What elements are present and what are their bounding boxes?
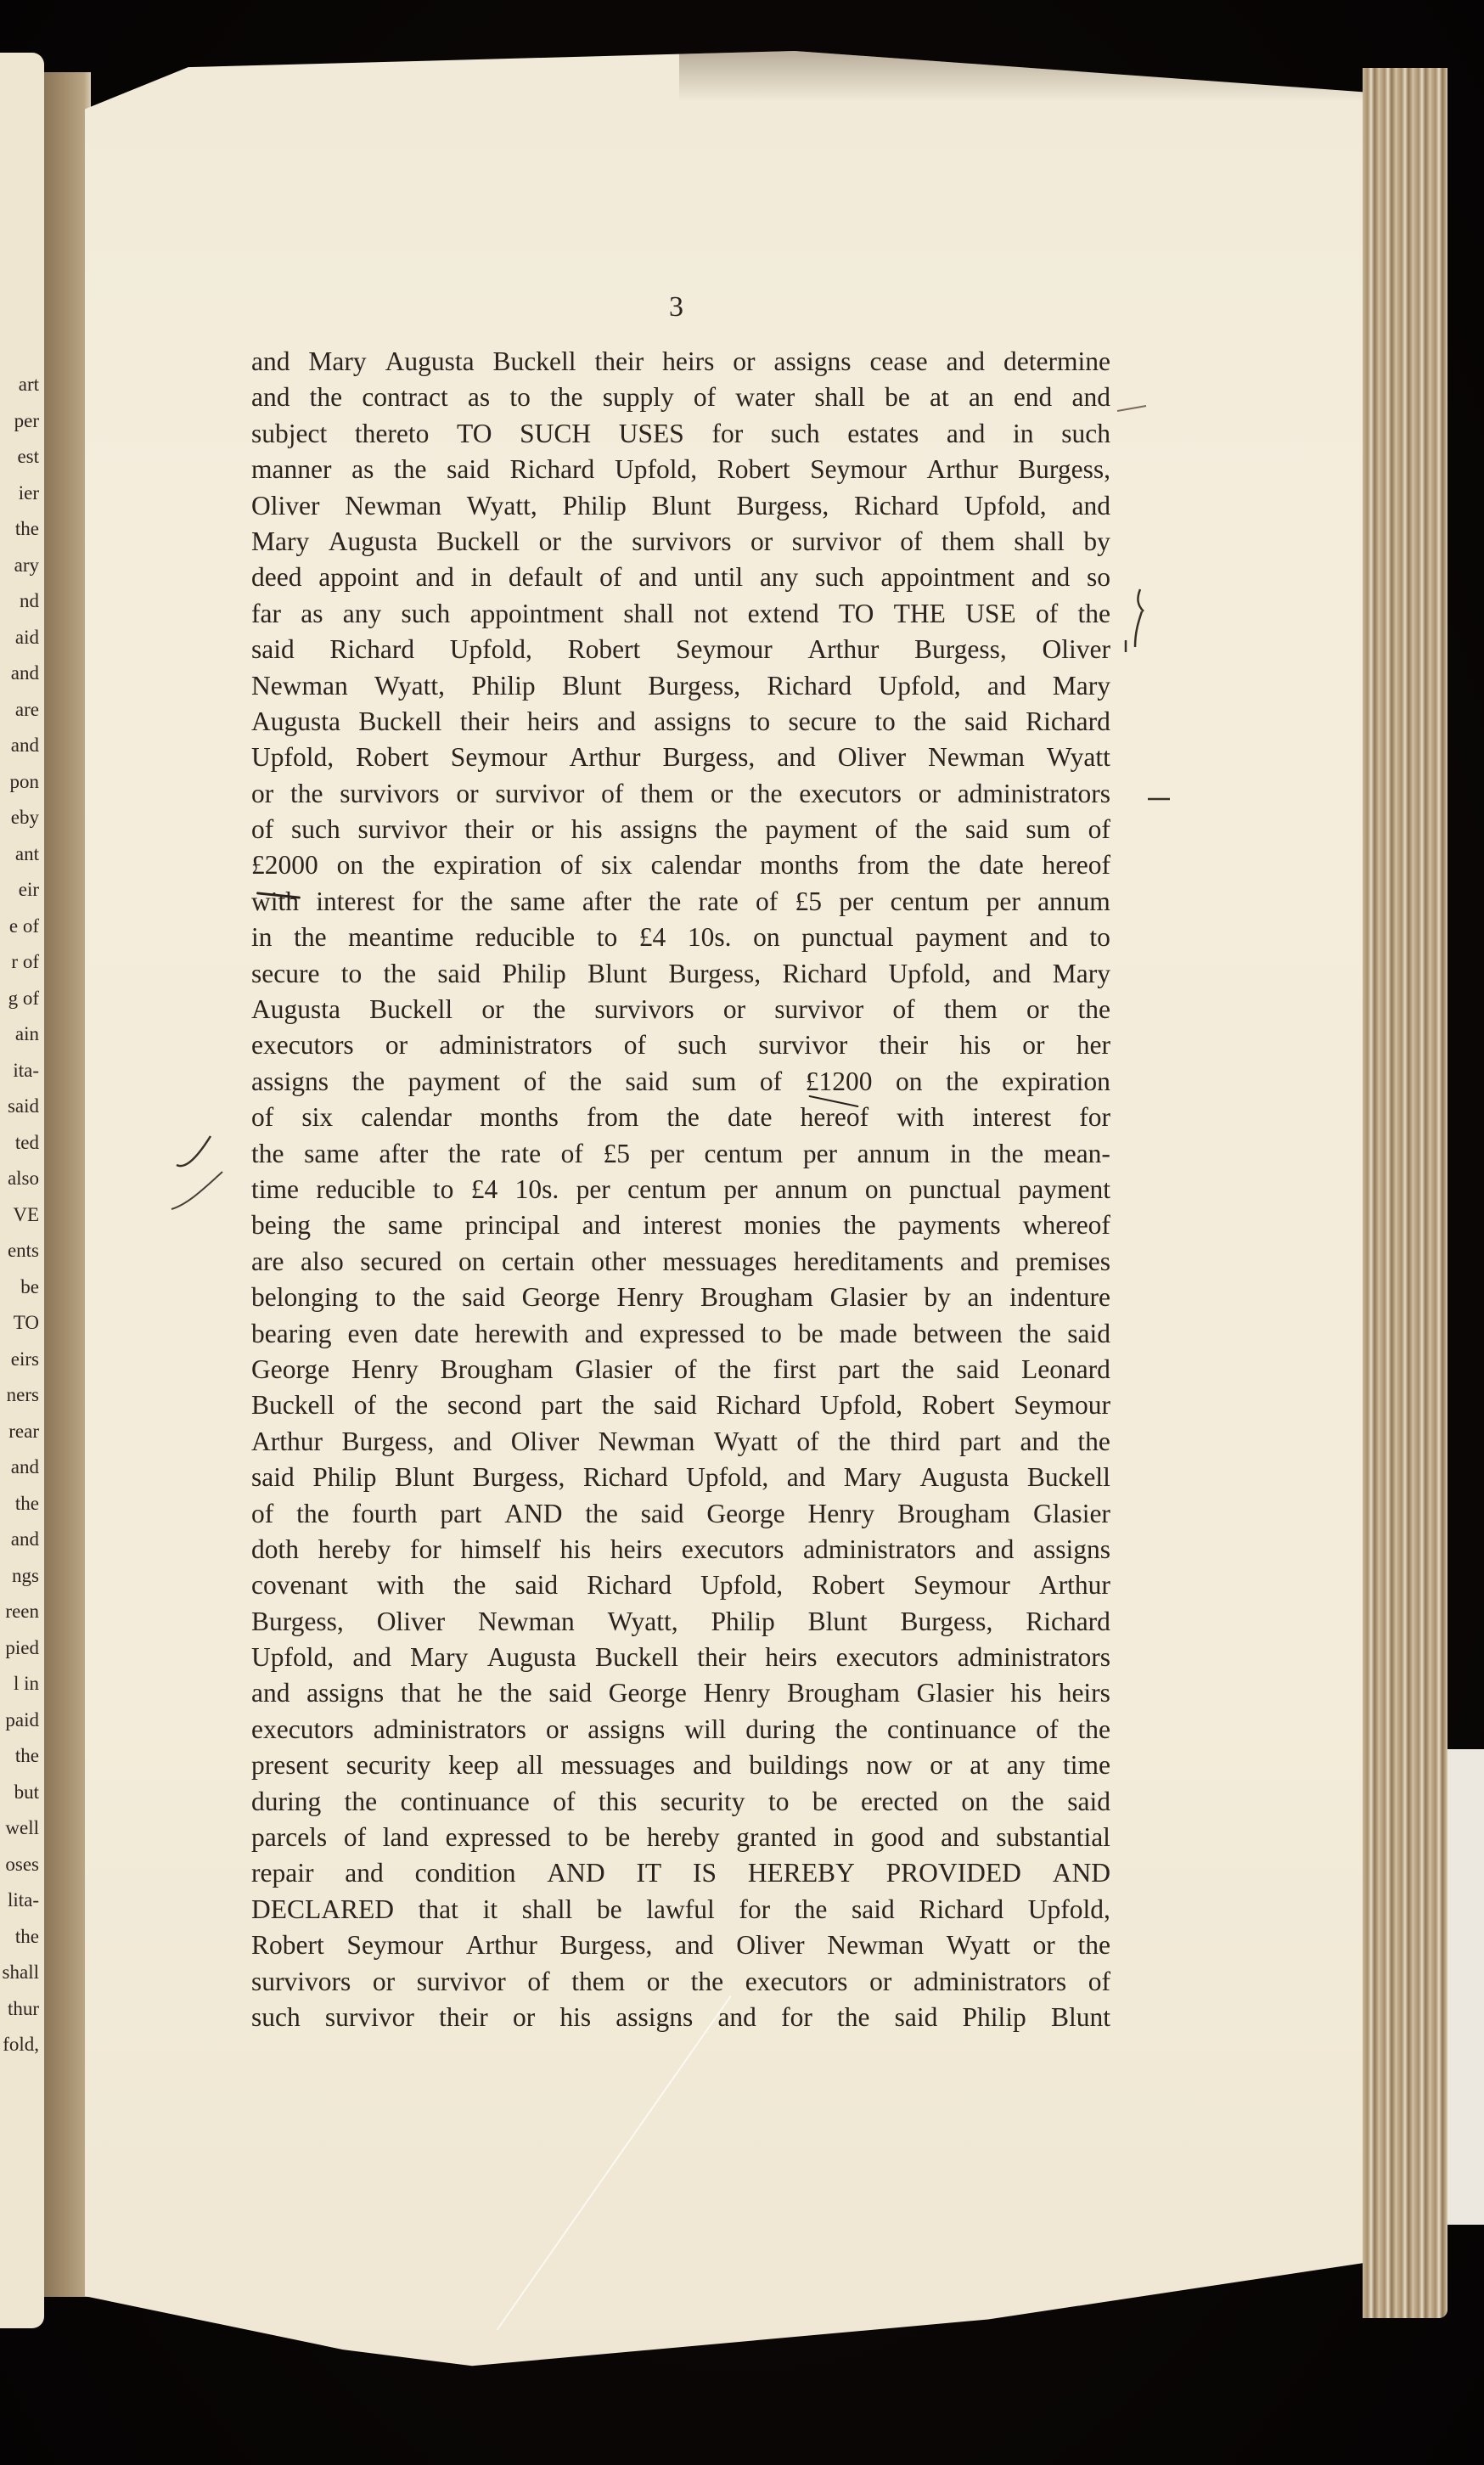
left-page-text-fragment: the [15,1919,39,1956]
check-mark-icon [170,1129,221,1172]
text-line: £2000ontheexpirationofsixcalendarmonthsf… [251,847,1110,883]
text-line: deedappointandindefaultofanduntilanysuch… [251,560,1110,595]
text-line-words: MaryAugustaBuckellorthesurvivorsorsurviv… [251,524,1110,560]
text-line: OliverNewmanWyatt,PhilipBluntBurgess,Ric… [251,488,1110,524]
text-line: arealsosecuredoncertainothermessuagesher… [251,1244,1110,1280]
text-line: beingthesameprincipalandinterestmoniesth… [251,1207,1110,1243]
text-line: ofsixcalendarmonthsfromthedatehereofwith… [251,1100,1110,1135]
text-line-words: orthesurvivorsorsurvivorofthemortheexecu… [251,776,1110,812]
book-gutter [44,72,91,2297]
text-line: securetothesaidPhilipBluntBurgess,Richar… [251,956,1110,992]
text-line: MaryAugustaBuckellorthesurvivorsorsurviv… [251,524,1110,560]
text-line: andMaryAugustaBuckelltheirheirsorassigns… [251,344,1110,380]
slash-mark-icon [168,1167,228,1218]
left-page-text-fragment: fold, [3,2027,39,2063]
text-line-words: Upfold,andMaryAugustaBuckelltheirheirsex… [251,1640,1110,1675]
text-line: ofsuchsurvivortheirorhisassignsthepaymen… [251,812,1110,847]
left-page-text-fragment: r of [11,944,39,981]
text-line-words: assignsthepaymentofthesaidsumof£1200onth… [251,1064,1110,1100]
text-line-words: repairandconditionANDITISHEREBYPROVIDEDA… [251,1855,1110,1891]
text-line-words: parcelsoflandexpressedtobeherebygrantedi… [251,1820,1110,1855]
text-line: bearingevendateherewithandexpressedtobem… [251,1316,1110,1352]
left-page-text-fragment: lita- [8,1883,39,1919]
left-page-text-fragment: VE [13,1197,39,1234]
left-page-text-fragment: pied [5,1630,39,1667]
left-page-text-fragment: ted [15,1125,39,1162]
page-fore-edge-stack [1363,68,1447,2318]
text-line-words: ofthefourthpartANDthesaidGeorgeHenryBrou… [251,1496,1110,1532]
text-line-words: dothherebyforhimselfhisheirsexecutorsadm… [251,1532,1110,1567]
text-line-words: Burgess,OliverNewmanWyatt,PhilipBluntBur… [251,1604,1110,1640]
left-page-text-fragment: ier [19,476,39,512]
margin-dash-mark [1146,795,1172,803]
left-page-text-fragment: and [11,1449,39,1486]
text-line-words: beingthesameprincipalandinterestmoniesth… [251,1207,1110,1243]
text-line-words: farasanysuchappointmentshallnotextendTOT… [251,596,1110,632]
text-line: orthesurvivorsorsurvivorofthemortheexecu… [251,776,1110,812]
text-line: duringthecontinuanceofthissecuritytobeer… [251,1784,1110,1820]
text-line: executorsoradministratorsofsuchsurvivort… [251,1027,1110,1063]
text-line: covenantwiththesaidRichardUpfold,RobertS… [251,1567,1110,1603]
text-line-words: AugustaBuckellorthesurvivorsorsurvivorof… [251,992,1110,1027]
text-line-words: presentsecuritykeepallmessuagesandbuildi… [251,1747,1110,1783]
text-line: mannerasthesaidRichardUpfold,RobertSeymo… [251,452,1110,487]
text-line: repairandconditionANDITISHEREBYPROVIDEDA… [251,1855,1110,1891]
text-line-words: RobertSeymourArthurBurgess,andOliverNewm… [251,1928,1110,1963]
margin-dash-mark [1116,399,1150,416]
left-page-text-fragment: oses [5,1847,39,1883]
text-line: withinterestforthesameaftertherateof£5pe… [251,884,1110,920]
text-line-words: DECLAREDthatitshallbelawfulforthesaidRic… [251,1892,1110,1928]
text-line-words: ofsixcalendarmonthsfromthedatehereofwith… [251,1100,1110,1135]
left-page-text-fragment: aid [15,620,39,656]
text-line: dothherebyforhimselfhisheirsexecutorsadm… [251,1532,1110,1567]
text-line-words: executorsadministratorsorassignswillduri… [251,1712,1110,1747]
text-line-words: belongingtothesaidGeorgeHenryBroughamGla… [251,1280,1110,1315]
text-line-words: andMaryAugustaBuckelltheirheirsorassigns… [251,344,1110,380]
left-page-text-fragment: thur [8,1991,39,2028]
text-line-words: saidRichardUpfold,RobertSeymourArthurBur… [251,632,1110,667]
left-page-text-fragment: ngs [12,1558,39,1595]
left-page-text-fragment: ita- [13,1053,39,1089]
left-page-text-fragment: pon [10,764,40,801]
left-page-text-fragment: ary [14,548,39,584]
left-page-text-fragment: ant [15,836,39,873]
text-line-words: saidPhilipBluntBurgess,RichardUpfold,and… [251,1460,1110,1495]
text-line: NewmanWyatt,PhilipBluntBurgess,RichardUp… [251,668,1110,704]
text-line: andassignsthathethesaidGeorgeHenryBrough… [251,1675,1110,1711]
left-page-text-fragment: eirs [11,1342,39,1378]
left-page-text-fragment: g of [8,981,39,1017]
text-line-words: ArthurBurgess,andOliverNewmanWyattofthet… [251,1424,1110,1460]
page-number: 3 [669,291,683,324]
text-line-words: covenantwiththesaidRichardUpfold,RobertS… [251,1567,1110,1603]
left-page-text-fragment: eby [11,800,39,836]
text-line: thesameaftertherateof£5percentumperannum… [251,1136,1110,1172]
margin-tick-mark [1122,639,1131,656]
left-page-text-fragment: the [15,1486,39,1522]
text-line-words: survivorsorsurvivorofthemortheexecutorso… [251,1964,1110,2000]
left-page-text-fragment: the [15,1738,39,1775]
left-page-text-fragment: ners [7,1377,39,1414]
text-line: AugustaBuckellorthesurvivorsorsurvivorof… [251,992,1110,1027]
left-page-text-fragment: be [20,1269,39,1306]
left-page-text-fragment: paid [5,1702,39,1739]
text-line: farasanysuchappointmentshallnotextendTOT… [251,596,1110,632]
text-line-words: andassignsthathethesaidGeorgeHenryBrough… [251,1675,1110,1711]
text-line-words: Upfold,RobertSeymourArthurBurgess,andOli… [251,740,1110,775]
text-line-words: BuckellofthesecondpartthesaidRichardUpfo… [251,1387,1110,1423]
text-line: presentsecuritykeepallmessuagesandbuildi… [251,1747,1110,1783]
text-line-words: NewmanWyatt,PhilipBluntBurgess,RichardUp… [251,668,1110,704]
text-line-words: timereducibleto£410s.percentumperannumon… [251,1172,1110,1207]
text-line-words: GeorgeHenryBroughamGlasierofthefirstpart… [251,1352,1110,1387]
text-line-words: suchsurvivortheirorhisassignsandforthesa… [251,2000,1110,2035]
left-page-text-fragment: also [8,1161,39,1197]
text-line: belongingtothesaidGeorgeHenryBroughamGla… [251,1280,1110,1315]
text-line-words: £2000ontheexpirationofsixcalendarmonthsf… [251,847,1110,883]
text-line: suchsurvivortheirorhisassignsandforthesa… [251,2000,1110,2035]
left-page-edge: artperestierthearyndaidandareandponebyan… [0,53,44,2328]
left-page-text-fragment: TO [14,1305,39,1342]
inserted-paper-edge [1447,1749,1484,2225]
left-page-text-fragment: but [14,1775,39,1811]
text-line: assignsthepaymentofthesaidsumof£1200onth… [251,1064,1110,1100]
left-page-text-fragment: are [15,692,39,729]
text-line-words: securetothesaidPhilipBluntBurgess,Richar… [251,956,1110,992]
text-line: saidRichardUpfold,RobertSeymourArthurBur… [251,632,1110,667]
text-line: saidPhilipBluntBurgess,RichardUpfold,and… [251,1460,1110,1495]
text-line-words: subjecttheretoTOSUCHUSESforsuchestatesan… [251,416,1110,452]
text-line: ArthurBurgess,andOliverNewmanWyattofthet… [251,1424,1110,1460]
text-line: AugustaBuckelltheirheirsandassignstosecu… [251,704,1110,740]
left-page-text-fragment: shall [3,1955,39,1991]
text-line: RobertSeymourArthurBurgess,andOliverNewm… [251,1928,1110,1963]
text-line-words: ofsuchsurvivortheirorhisassignsthepaymen… [251,812,1110,847]
text-line-words: andthecontractastothesupplyofwatershallb… [251,380,1110,415]
text-line-words: arealsosecuredoncertainothermessuagesher… [251,1244,1110,1280]
text-line: BuckellofthesecondpartthesaidRichardUpfo… [251,1387,1110,1423]
text-line-words: executorsoradministratorsofsuchsurvivort… [251,1027,1110,1063]
text-line-words: thesameaftertherateof£5percentumperannum… [251,1136,1110,1172]
left-page-text-fragment: the [15,511,39,548]
text-line: survivorsorsurvivorofthemortheexecutorso… [251,1964,1110,2000]
left-page-text-fragment: and [11,656,39,692]
left-page-text-fragment: est [17,439,39,476]
text-line: Upfold,RobertSeymourArthurBurgess,andOli… [251,740,1110,775]
text-line-words: bearingevendateherewithandexpressedtobem… [251,1316,1110,1352]
text-line: ofthefourthpartANDthesaidGeorgeHenryBrou… [251,1496,1110,1532]
text-line-words: duringthecontinuanceofthissecuritytobeer… [251,1784,1110,1820]
left-page-text-fragment: reen [5,1594,39,1630]
page-crease [497,1995,732,2330]
left-page-text-fragment: eir [19,872,39,909]
left-page-text-fragment: e of [9,909,39,945]
text-line: andthecontractastothesupplyofwatershallb… [251,380,1110,415]
deed-body-text: andMaryAugustaBuckelltheirheirsorassigns… [251,344,1110,2035]
text-line-words: mannerasthesaidRichardUpfold,RobertSeymo… [251,452,1110,487]
text-line: parcelsoflandexpressedtobeherebygrantedi… [251,1820,1110,1855]
left-page-text-fragment: ain [15,1016,39,1053]
text-line: Upfold,andMaryAugustaBuckelltheirheirsex… [251,1640,1110,1675]
text-line-words: withinterestforthesameaftertherateof£5pe… [251,884,1110,920]
text-line-words: AugustaBuckelltheirheirsandassignstosecu… [251,704,1110,740]
text-line: Burgess,OliverNewmanWyatt,PhilipBluntBur… [251,1604,1110,1640]
left-page-text-fragment: art [19,367,39,403]
left-page-text-fragment: l in [14,1666,39,1702]
left-page-text-fragment: nd [20,583,39,620]
text-line: DECLAREDthatitshallbelawfulforthesaidRic… [251,1892,1110,1928]
left-page-text-fragment: per [14,403,39,440]
left-page-text-fragment: and [11,728,39,764]
text-line: timereducibleto£410s.percentumperannumon… [251,1172,1110,1207]
text-line-words: OliverNewmanWyatt,PhilipBluntBurgess,Ric… [251,488,1110,524]
left-page-text-fragment: and [11,1522,39,1558]
left-page-text-fragment: rear [8,1414,39,1450]
text-line-words: inthemeantimereducibleto£410s.onpunctual… [251,920,1110,955]
left-page-text-fragment: well [5,1810,39,1847]
text-line: executorsadministratorsorassignswillduri… [251,1712,1110,1747]
text-line: subjecttheretoTOSUCHUSESforsuchestatesan… [251,416,1110,452]
text-line: GeorgeHenryBroughamGlasierofthefirstpart… [251,1352,1110,1387]
left-page-text-fragment: ents [8,1233,39,1269]
text-line: inthemeantimereducibleto£410s.onpunctual… [251,920,1110,955]
left-page-text-fragment: said [8,1089,39,1125]
text-line-words: deedappointandindefaultofanduntilanysuch… [251,560,1110,595]
